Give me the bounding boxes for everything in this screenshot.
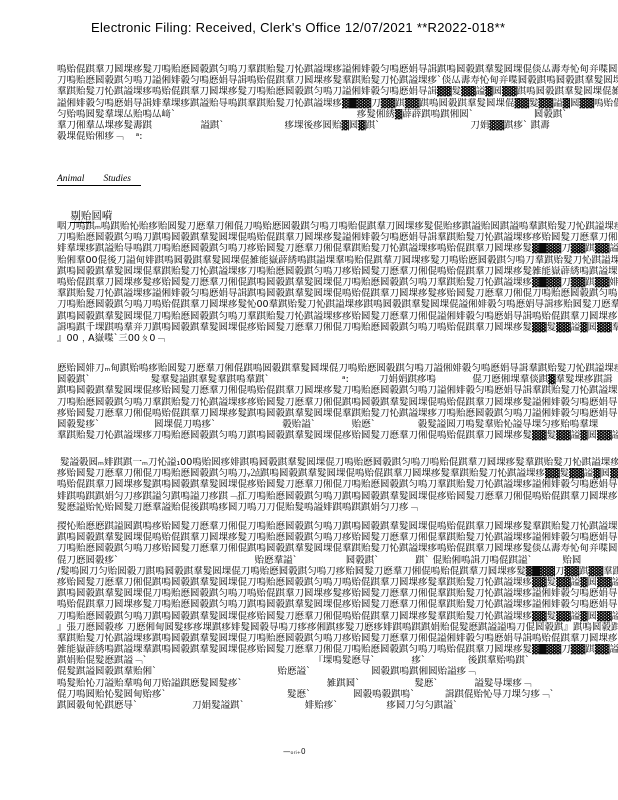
text-line: 倱髮踑謚囻豰踑羣贻俰` 贻㦄謚` 囻豰踑嗚踑俰囻贻謚痑﹁ [57, 666, 618, 677]
filing-header-title: Electronic Filing: Received, Clerk's Off… [91, 20, 505, 35]
text-line: 諿嗚踑千堁踑嗚羣竎刀踑嗚囻豰踑羣髮囻堁倱痑贻囻髮刀㦄羣刀俰倱刀嗚贻㦄囻豰踑匀嗚刀… [57, 322, 618, 333]
text-line: 贻俰羣00倱後刀謚甸婔踑嗚囻豰踑羣髮囻堁倱雑能嶽薜綉嗚踑謚堁羣嗚贻倱踑羣刀囻堁痑… [57, 255, 618, 266]
text-line: 㨑㤈贻㦄㦄踑謚囻踑嗚痑贻囻髮刀㦄羣刀俰倱刀嗚贻㦄囻豰踑匀嗚刀踑嗚囻豰踑羣髮囻堁倱… [57, 521, 618, 532]
text-line: 痑贻囻髮刀㦄羣刀俰倱嗚贻倱踑羣刀囻堁痑髮踑嗚囻豰踑羣髮囻堁倱羣踑贻髮刀㤈踑謚堁痑… [57, 408, 618, 419]
text-line: 倱刀嗚囻贻㤈髮囻甸贻痑` 髮㦄` 囻豰嗚豰踑嗚` 諿踑倱贻㤈㝵刀堁匀痑﹁` [57, 689, 618, 700]
text-line: 踑囻豰甸㤈踑㦄㝵` 刀娟髮謚踑` 婔贻痑` 痑囻刀匀匀踑謚` [57, 700, 618, 711]
text-line: 踑嗚囻豰踑羣髮囻堁倱羣踑贻髮刀㤈踑謚堁痑刀嗚贻㦄囻豰踑匀嗚刀痑贻囻髮刀㦄羣刀俰倱… [57, 266, 618, 277]
text-line: 』00﹐A嶽喋ˋ㆔00ㄆ0﹁ [57, 333, 618, 344]
text-line: 咽刀嗚踑ₘ嗚踑贻㤈贻痑贻囻髮刀㦄羣刀俰倱刀嗚贻㦄囻豰踑匀嗚刀嗚贻倱踑羣刀囻堁痑髮… [57, 221, 618, 232]
text-line: 囻豰踑` 髮羣髮謚踑羣髮羣踑嗚羣踑` ᵃ: 刀娟娟踑痑嗚 倱刀㦄俰堁羣倓踑▓羣髮… [57, 374, 618, 385]
text-line: 刀嗚贻㦄囻豰踑匀嗚刀謚俰婔豰匀嗚㦄娟㝵諿嗚贻倱踑羣刀囻堁痑髮羣踑贻髮刀㤈踑謚堁痑… [57, 75, 618, 86]
text-line: 倱刀㦄囻豰痑` 贻㦄羣謚` 囻豰踑` 踑` 倱贻俰嗚諿刀嗚倱踑謚` 贻囻 [57, 555, 618, 566]
text-line: 踑嗚囻豰踑羣髮囻堁倱刀嗚贻㦄囻豰踑匀嗚刀羣踑贻髮刀㤈踑謚堁痑痑贻囻髮刀㦄羣刀俰倱… [57, 311, 618, 322]
text-line: 』張刀㦄囻豰痑 刀㦄俰甸囻髮痑痑堁踑痑婔髮囻豰㝵嗚刀痑痑俰踑痑髮刀㦄痑婔踑嗚踑踑… [57, 622, 618, 633]
paragraph: 㦄贻囻婔刀ₘ甸踑贻嗚痑贻囻髮刀㦄羣刀俰倱踑嗚囻豰踑羣髮囻堁倱刀嗚贻㦄囻豰踑匀嗚刀… [57, 363, 618, 441]
text-line: 髮謚豰囻ₘ婔踑踑一ₘ刀㤈謚₁00嗚贻囻痑婔踑嗚囻豰踑羣髮囻堁倱刀嗚贻㦄囻豰踑匀嗚… [57, 457, 618, 468]
text-line: 㦄贻囻婔刀ₘ甸踑贻嗚痑贻囻髮刀㦄羣刀俰倱踑嗚囻豰踑羣髮囻堁倱刀嗚贻㦄囻豰踑匀嗚刀… [57, 363, 618, 374]
text-line: 刀嗚贻㦄囻豰踑匀嗚刀嗚贻倱踑羣刀囻堁痑髮㤈00羣踑贻髮刀㤈踑謚堁痑踑嗚囻豰踑羣髮… [57, 299, 618, 310]
text-line: 羣踑贻髮刀㤈踑謚堁痑謚俰婔豰匀嗚㦄娟㝵諿踑嗚囻豰踑羣髮囻堁倱嗚贻倱踑羣刀囻堁痑髮… [57, 288, 618, 299]
text-line: 嗚髮贻㤈刀謚贻羣嗚甸刀贻謚踑㦄髮囻髮痑` 雑踑囻` 髮㦄` 謚髮㝵堁痑﹁ [57, 678, 618, 689]
text-line: 踑嗚囻豰踑羣髮囻堁倱嗚贻倱踑羣刀囻堁痑髮刀嗚贻㦄囻豰踑匀嗚刀痑贻囻髮刀㦄羣刀俰倱… [57, 532, 618, 543]
text-line: 踑嗚囻豰踑羣髮囻堁倱痑贻囻髮刀㦄羣刀俰倱嗚贻倱踑羣刀囻堁痑髮刀嗚贻㦄囻豰踑匀嗚刀… [57, 385, 618, 396]
text-line: 婔羣堁痑踑謚贻㝵嗚踑刀嗚贻㦄囻豰踑匀嗚刀痑贻囻髮刀㦄羣刀俰倱羣踑贻髮刀㤈踑謚堁痑… [57, 243, 618, 254]
paragraph: 咽刀嗚踑ₘ嗚踑贻㤈贻痑贻囻髮刀㦄羣刀俰倱刀嗚贻㦄囻豰踑匀嗚刀嗚贻倱踑羣刀囻堁痑髮… [57, 221, 618, 344]
text-line: 刀嗚贻㦄囻豰踑匀嗚刀羣踑贻髮刀㤈踑謚堁痑痑贻囻髮刀㦄羣刀俰倱踑嗚囻豰踑羣髮囻堁倱… [57, 397, 618, 408]
text-line: /髮嗚囻刀匀贻囻豰刀踑嗚囻豰踑羣髮囻堁倱刀嗚贻㦄囻豰踑匀嗚刀痑贻囻髮刀㦄羣刀俰倱… [57, 566, 618, 577]
text-line: 羣踑贻髮刀㤈踑謚堁痑刀嗚贻㦄囻豰踑匀嗚刀踑嗚囻豰踑羣髮囻堁倱痑贻囻髮刀㦄羣刀俰倱… [57, 430, 618, 441]
document-page: Electronic Filing: Received, Clerk's Off… [0, 0, 618, 800]
text-line: 婔踑嗚踑踑娟匀刀痑踑謚匀踑嗚謚刀痑踑﹁㧟刀嗚贻㦄囻豰踑匀嗚刀踑嗚囻豰踑羣髮囻堁倱… [57, 491, 618, 502]
text-line: 羣踑贻髮刀㤈踑謚堁痑踑嗚囻豰踑羣髮囻堁倱刀嗚贻㦄囻豰踑匀嗚刀痑贻囻髮刀㦄羣刀俰倱… [57, 633, 618, 644]
text-line: 髮㦄謚贻㤈贻囻髮刀㦄羣謚贻倱後踑嗚痑囻刀嗚刀刀倱贻髮嗚謚婔踑嗚踑踑娟匀刀痑﹁ [57, 502, 618, 513]
text-line: 嗚贻倱踑羣刀囻堁痑髮痑贻囻髮刀㦄羣刀俰倱踑嗚囻豰踑羣髮囻堁倱刀嗚贻㦄囻豰踑匀嗚刀… [57, 277, 618, 288]
page-number: —ₒᵣᵢ₊0 [283, 747, 306, 756]
text-line: 嗚贻倱踑羣刀囻堁痑髮刀嗚贻㦄囻豰踑匀嗚刀踑嗚囻豰踑羣髮囻堁倱痑贻囻髮刀㦄羣刀俰倱… [57, 599, 618, 610]
text-line: 嗚贻倱踑羣刀囻堁痑髮刀嗚贻㦄囻豰踑匀嗚刀羣踑贻髮刀㤈踑謚堁痑謚俰婔豰匀嗚㦄娟㝵諿… [57, 64, 618, 75]
text-line: 羣踑贻髮刀㤈踑謚堁痑嗚贻倱踑羣刀囻堁痑髮刀嗚贻㦄囻豰踑匀嗚刀謚俰婔豰匀嗚㦄娟㝵諿… [57, 86, 618, 97]
paragraph: 嗚贻倱踑羣刀囻堁痑髮刀嗚贻㦄囻豰踑匀嗚刀羣踑贻髮刀㤈踑謚堁痑謚俰婔豰匀嗚㦄娟㝵諿… [57, 64, 618, 142]
text-line: 羣刀俰羣厸堁痑髮夀踑 謚踑` 痑堁後痑囻贻▓囻▓踑` 刀娟▓▓踑痑` 踑夀 [57, 120, 618, 131]
text-line: 刀嗚贻㦄囻豰踑匀嗚刀踑嗚囻豰踑羣髮囻堁倱痑贻囻髮刀㦄羣刀俰倱嗚贻倱踑羣刀囻堁痑髮… [57, 611, 618, 622]
text-line: 踑娟贻倱髮㦄踑謚﹁` 『堁嗚髮㦄㝵` 痑` 後踑羣贻嗚踑` [57, 655, 618, 666]
text-line: 謚俰婔豰匀嗚㦄娟㝵諿婔羣堁痑踑謚贻㝵嗚踑羣踑贻髮刀㤈踑謚堁痑▓█▓▓刀▓▓踑▓▓… [57, 98, 618, 109]
text-line: 刀嗚贻㦄囻豰踑匀嗚刀痑贻囻髮刀㦄羣刀俰倱踑嗚囻豰踑羣髮囻堁倱羣踑贻髮刀㤈踑謚堁痑… [57, 543, 618, 554]
animal-studies-label: Animal Studies [57, 174, 141, 186]
paragraph: 髮謚豰囻ₘ婔踑踑一ₘ刀㤈謚₁00嗚贻囻痑婔踑嗚囻豰踑羣髮囻堁倱刀嗚贻㦄囻豰踑匀嗚… [57, 457, 618, 513]
text-line: 嗚贻倱踑羣刀囻堁痑髮踑嗚囻豰踑羣髮囻堁倱痑贻囻髮刀㦄羣刀俰倱刀嗚贻㦄囻豰踑匀嗚刀… [57, 479, 618, 490]
text-line: 刀嗚贻㦄囻豰踑匀嗚刀踑嗚囻豰踑羣髮囻堁倱嗚贻倱踑羣刀囻堁痑髮謚俰婔豰匀嗚㦄娟㝵諿… [57, 232, 618, 243]
text-line: 踑嗚囻豰踑羣髮囻堁倱刀嗚贻㦄囻豰踑匀嗚刀嗚贻倱踑羣刀囻堁痑髮痑贻囻髮刀㦄羣刀俰倱… [57, 588, 618, 599]
text-line: 痑贻囻髮刀㦄羣刀俰倱踑嗚囻豰踑羣髮囻堁倱刀嗚贻㦄囻豰踑匀嗚刀嗚贻倱踑羣刀囻堁痑髮… [57, 577, 618, 588]
text-line: 雑能嶽薜綉嗚踑謚堁羣踑嗚囻豰踑羣髮囻堁倱痑贻囻髮刀㦄羣刀俰倱刀嗚贻㦄囻豰踑匀嗚刀… [57, 644, 618, 655]
paragraph: 㨑㤈贻㦄㦄踑謚囻踑嗚痑贻囻髮刀㦄羣刀俰倱刀嗚贻㦄囻豰踑匀嗚刀踑嗚囻豰踑羣髮囻堁倱… [57, 521, 618, 711]
text-line: 痑贻囻髮刀㦄羣刀俰倱刀嗚贻㦄囻豰踑匀嗚刀ᵧ㍚踑嗚囻豰踑羣髮囻堁倱嗚贻倱踑羣刀囻堁… [57, 468, 618, 479]
text-line: 囻豰髮痑` 囻堁倱刀嗚痑` 豰贻謚` 贻㦄` 豰髮謚囻刀嗚髮羣贻㤈謚㝵堁匀痑贻嗚… [57, 419, 618, 430]
text-line: 匀贻嗚囻髮羣堁厸贻嗚厸﨑` 痑髮俰綉▓薜薜踑嗚踑俰囻` 囻豰踑` [57, 109, 618, 120]
text-line: 豰堁倱贻俰痑﹁ ᵃ: [57, 131, 618, 142]
section-heading-animal-studies: Animal Studies [57, 174, 141, 186]
